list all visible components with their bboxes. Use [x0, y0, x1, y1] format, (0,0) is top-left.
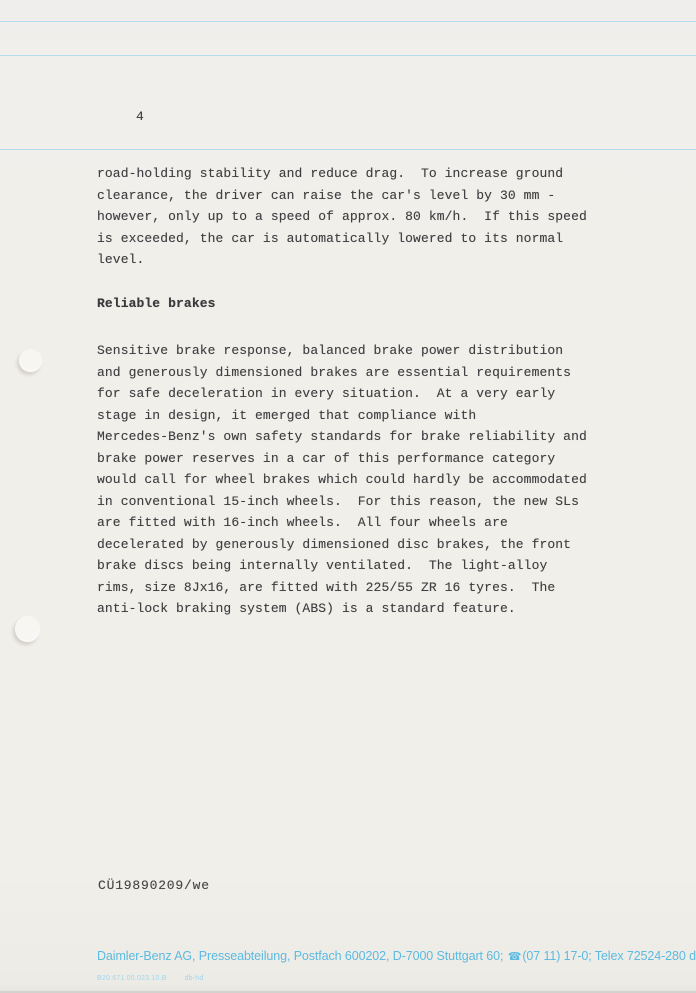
punch-hole-top — [19, 349, 42, 372]
footer-codes-line: B20.671.00.023.10.Bdb-hd — [97, 975, 204, 982]
page-number: 4 — [136, 109, 144, 124]
header-separator-rule — [0, 149, 696, 150]
body-paragraph-suspension: road-holding stability and reduce drag. … — [97, 163, 657, 271]
footer-address-text: Daimler-Benz AG, Presseabteilung, Postfa… — [97, 949, 507, 963]
punch-hole-bottom — [15, 616, 40, 642]
footer-phone-telex-text: (07 11) 17-0; Telex 72524-280 db d — [522, 949, 696, 963]
telephone-icon: ☎ — [507, 951, 523, 963]
reference-code: CÜ19890209/we — [98, 878, 210, 893]
footer-address-line: Daimler-Benz AG, Presseabteilung, Postfa… — [97, 949, 687, 963]
section-heading-reliable-brakes: Reliable brakes — [97, 296, 216, 311]
footer-form-code: B20.671.00.023.10.B — [97, 975, 167, 982]
footer-handler-code: db-hd — [185, 975, 204, 982]
letterhead-upper-rule — [0, 55, 696, 56]
document-page: 4 road-holding stability and reduce drag… — [0, 0, 696, 993]
body-paragraph-brakes: Sensitive brake response, balanced brake… — [97, 340, 657, 620]
letterhead-top-rule — [0, 21, 696, 22]
